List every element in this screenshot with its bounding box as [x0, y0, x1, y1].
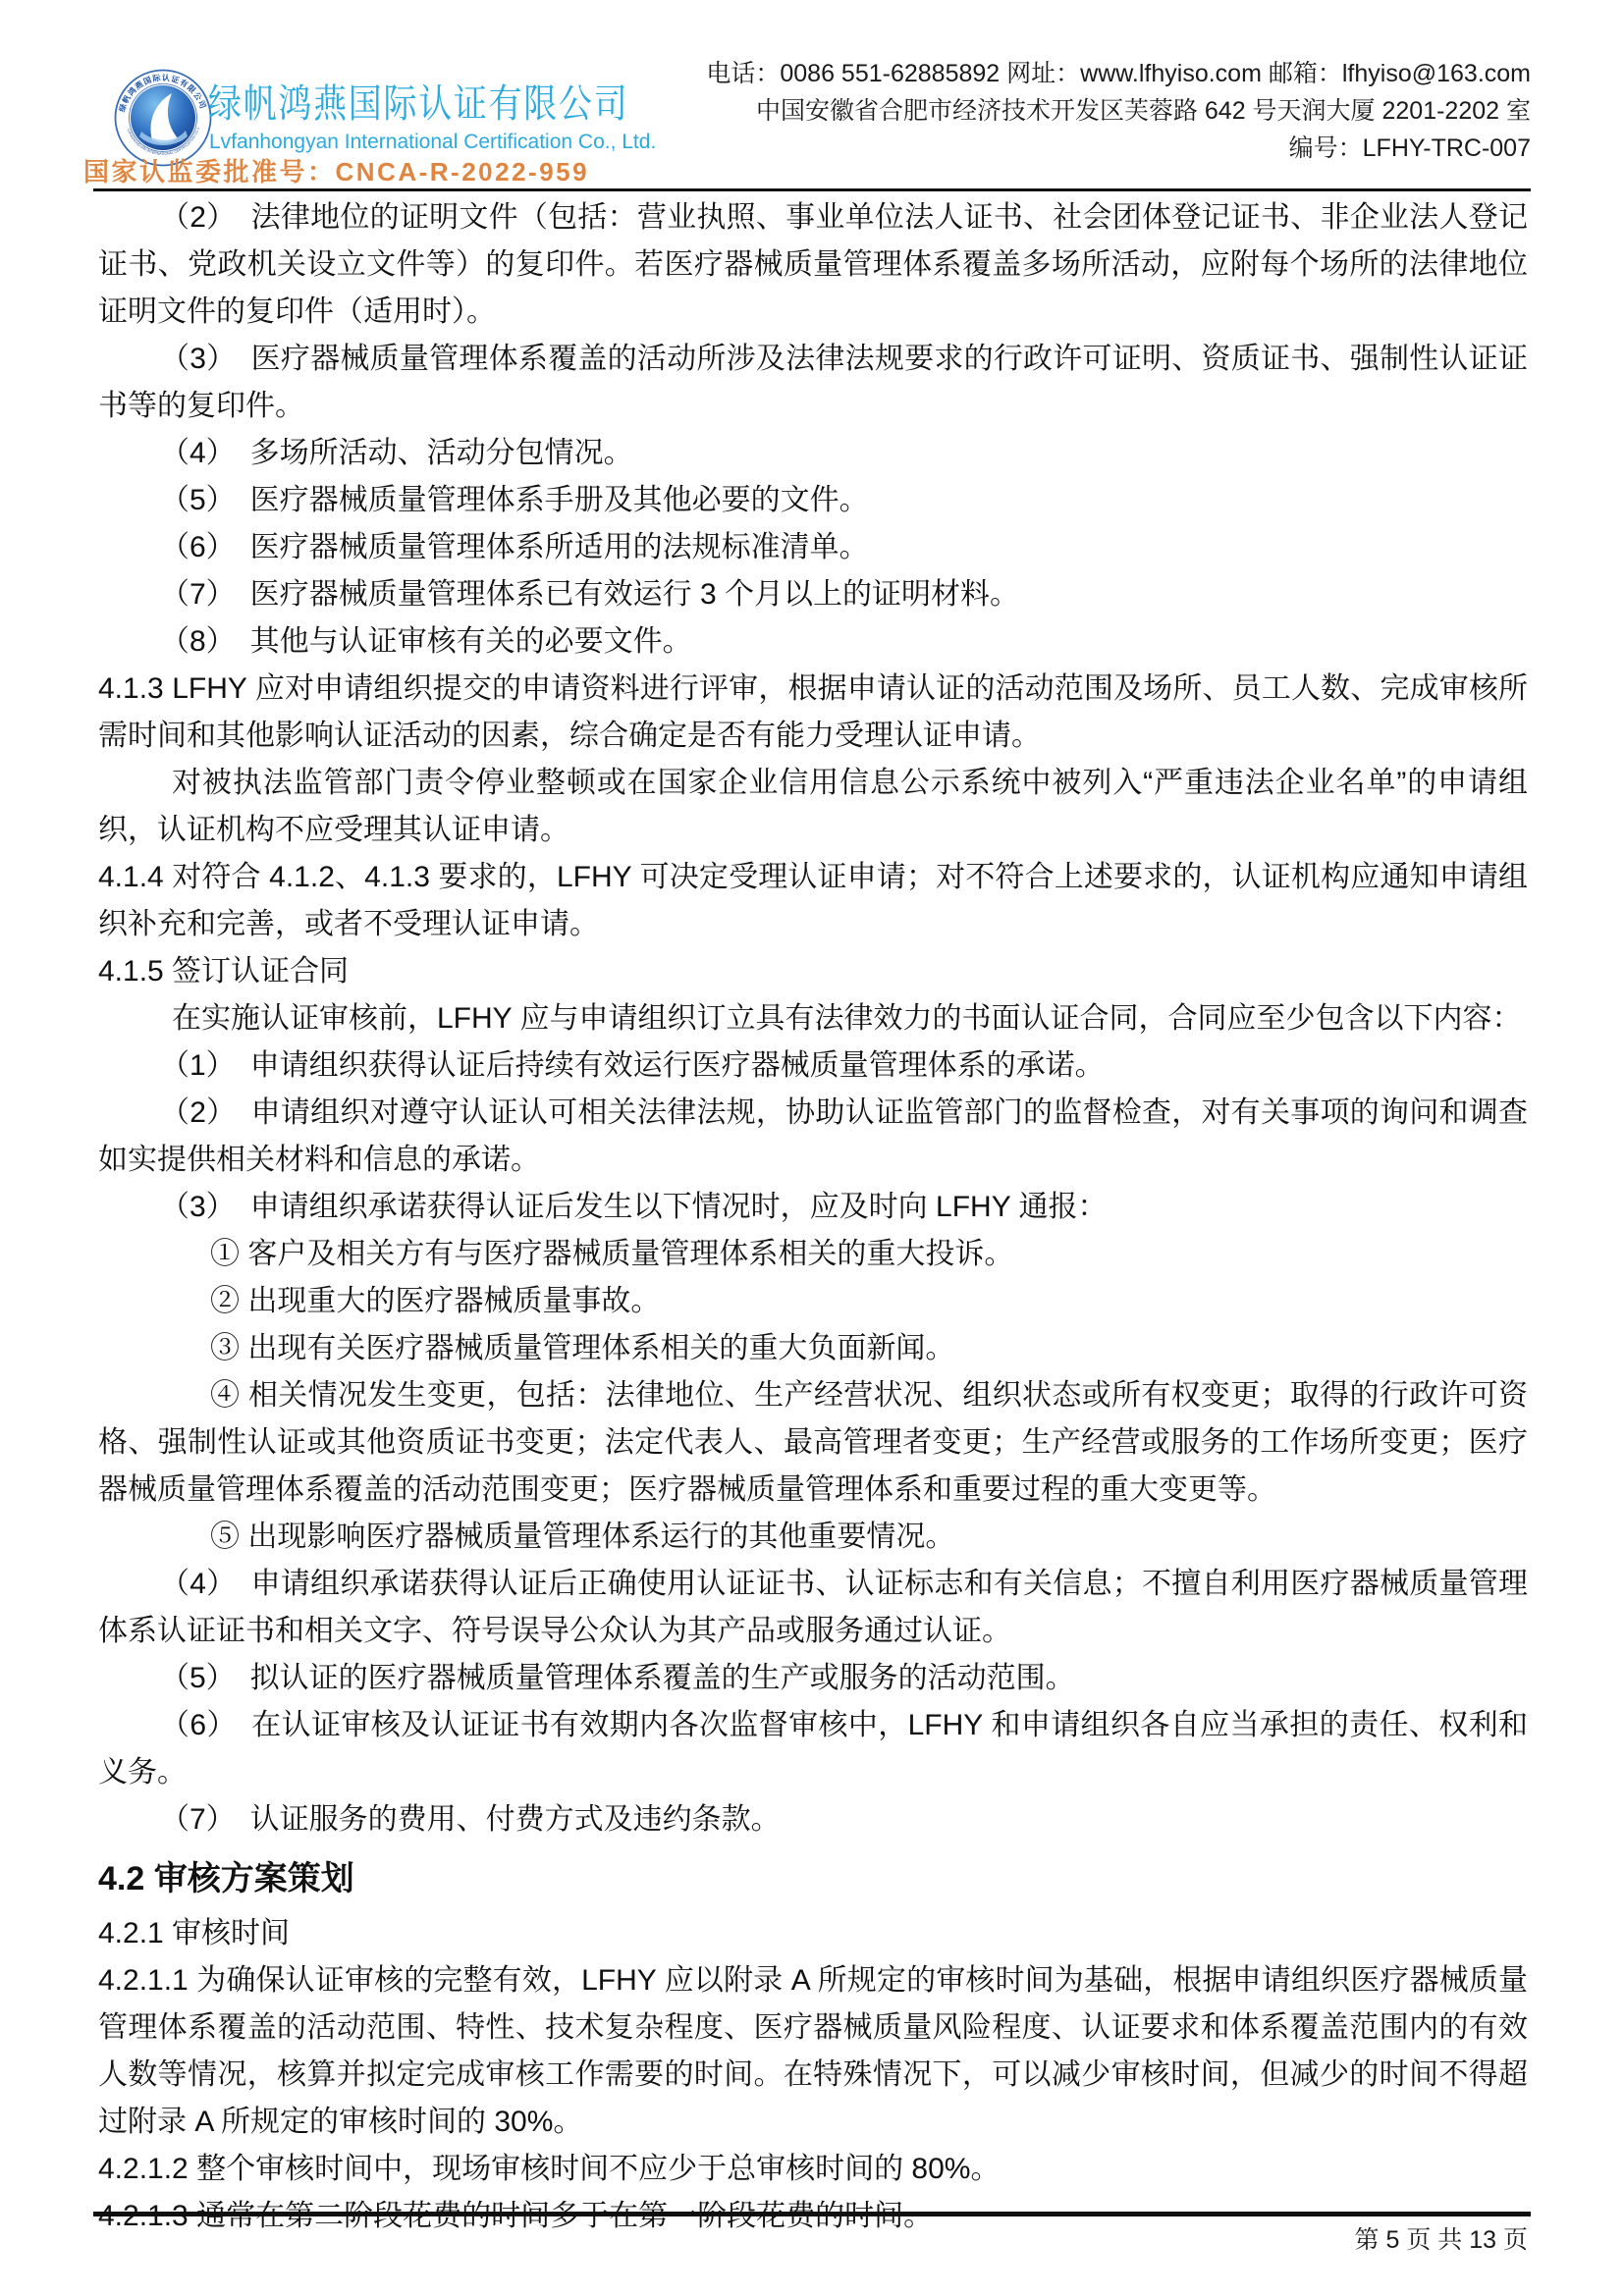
paragraph: （7） 医疗器械质量管理体系已有效运行 3 个月以上的证明材料。 [98, 571, 1528, 618]
paragraph: （8） 其他与认证审核有关的必要文件。 [98, 618, 1528, 666]
address-line: 中国安徽省合肥市经济技术开发区芙蓉路 642 号天润大厦 2201-2202 室 [706, 92, 1531, 130]
paragraph: 4.2.1.1 为确保认证审核的完整有效，LFHY 应以附录 A 所规定的审核时… [98, 1957, 1528, 2146]
footer-divider [93, 2212, 1531, 2216]
paragraph: （5） 拟认证的医疗器械质量管理体系覆盖的生产或服务的活动范围。 [98, 1655, 1528, 1702]
paragraph: 4.1.5 签订认证合同 [98, 948, 1528, 995]
company-logo: 绿帆鸿燕国际认证有限公司 LVFANHONGYAN INTERNATIONAL … [114, 69, 212, 167]
paragraph: （7） 认证服务的费用、付费方式及违约条款。 [98, 1796, 1528, 1843]
paragraph: （5） 医疗器械质量管理体系手册及其他必要的文件。 [98, 477, 1528, 524]
paragraph: （4） 申请组织承诺获得认证后正确使用认证证书、认证标志和有关信息；不擅自利用医… [98, 1561, 1528, 1655]
paragraph: （6） 医疗器械质量管理体系所适用的法规标准清单。 [98, 524, 1528, 571]
paragraph: 4.2.1.3 通常在第二阶段花费的时间多于在第一阶段花费的时间。 [98, 2193, 1528, 2240]
paragraph: （4） 多场所活动、活动分包情况。 [98, 430, 1528, 477]
paragraph: （3） 医疗器械质量管理体系覆盖的活动所涉及法律法规要求的行政许可证明、资质证书… [98, 336, 1528, 430]
paragraph: ② 出现重大的医疗器械质量事故。 [98, 1278, 1528, 1325]
paragraph: （2） 申请组织对遵守认证认可相关法律法规，协助认证监管部门的监督检查，对有关事… [98, 1090, 1528, 1184]
paragraph: （6） 在认证审核及认证证书有效期内各次监督审核中，LFHY 和申请组织各自应当… [98, 1702, 1528, 1796]
company-name-en: Lvfanhongyan International Certification… [209, 130, 656, 154]
paragraph: 在实施认证审核前，LFHY 应与申请组织订立具有法律效力的书面认证合同，合同应至… [98, 995, 1528, 1042]
document-body: （2） 法律地位的证明文件（包括：营业执照、事业单位法人证书、社会团体登记证书、… [98, 194, 1528, 2240]
paragraph: ③ 出现有关医疗器械质量管理体系相关的重大负面新闻。 [98, 1325, 1528, 1372]
paragraph: ④ 相关情况发生变更，包括：法律地位、生产经营状况、组织状态或所有权变更；取得的… [98, 1372, 1528, 1514]
paragraph: 4.2.1 审核时间 [98, 1910, 1528, 1957]
approval-number: 国家认监委批准号：CNCA-R-2022-959 [83, 157, 589, 187]
paragraph: 4.2.1.2 整个审核时间中，现场审核时间不应少于总审核时间的 80%。 [98, 2146, 1528, 2193]
paragraph: （1） 申请组织获得认证后持续有效运行医疗器械质量管理体系的承诺。 [98, 1042, 1528, 1090]
header-divider [93, 188, 1531, 191]
paragraph: 4.1.4 对符合 4.1.2、4.1.3 要求的，LFHY 可决定受理认证申请… [98, 854, 1528, 948]
section-heading: 4.2 审核方案策划 [98, 1851, 1528, 1906]
paragraph: （3） 申请组织承诺获得认证后发生以下情况时，应及时向 LFHY 通报： [98, 1184, 1528, 1231]
paragraph: ⑤ 出现影响医疗器械质量管理体系运行的其他重要情况。 [98, 1514, 1528, 1561]
paragraph: （2） 法律地位的证明文件（包括：营业执照、事业单位法人证书、社会团体登记证书、… [98, 194, 1528, 336]
header-contact-block: 电话：0086 551-62885892 网址：www.lfhyiso.com … [706, 55, 1531, 167]
document-page: 绿帆鸿燕国际认证有限公司 LVFANHONGYAN INTERNATIONAL … [0, 0, 1624, 2296]
paragraph: 4.1.3 LFHY 应对申请组织提交的申请资料进行评审，根据申请认证的活动范围… [98, 666, 1528, 760]
doc-number: 编号：LFHY-TRC-007 [706, 130, 1531, 167]
page-number: 第 5 页 共 13 页 [1355, 2224, 1528, 2256]
contact-line: 电话：0086 551-62885892 网址：www.lfhyiso.com … [706, 55, 1531, 92]
company-logo-emblem: 绿帆鸿燕国际认证有限公司 LVFANHONGYAN INTERNATIONAL … [114, 69, 212, 167]
paragraph: 对被执法监管部门责令停业整顿或在国家企业信用信息公示系统中被列入“严重违法企业名… [98, 760, 1528, 854]
company-name-cn: 绿帆鸿燕国际认证有限公司 [208, 84, 628, 124]
paragraph: ① 客户及相关方有与医疗器械质量管理体系相关的重大投诉。 [98, 1231, 1528, 1278]
